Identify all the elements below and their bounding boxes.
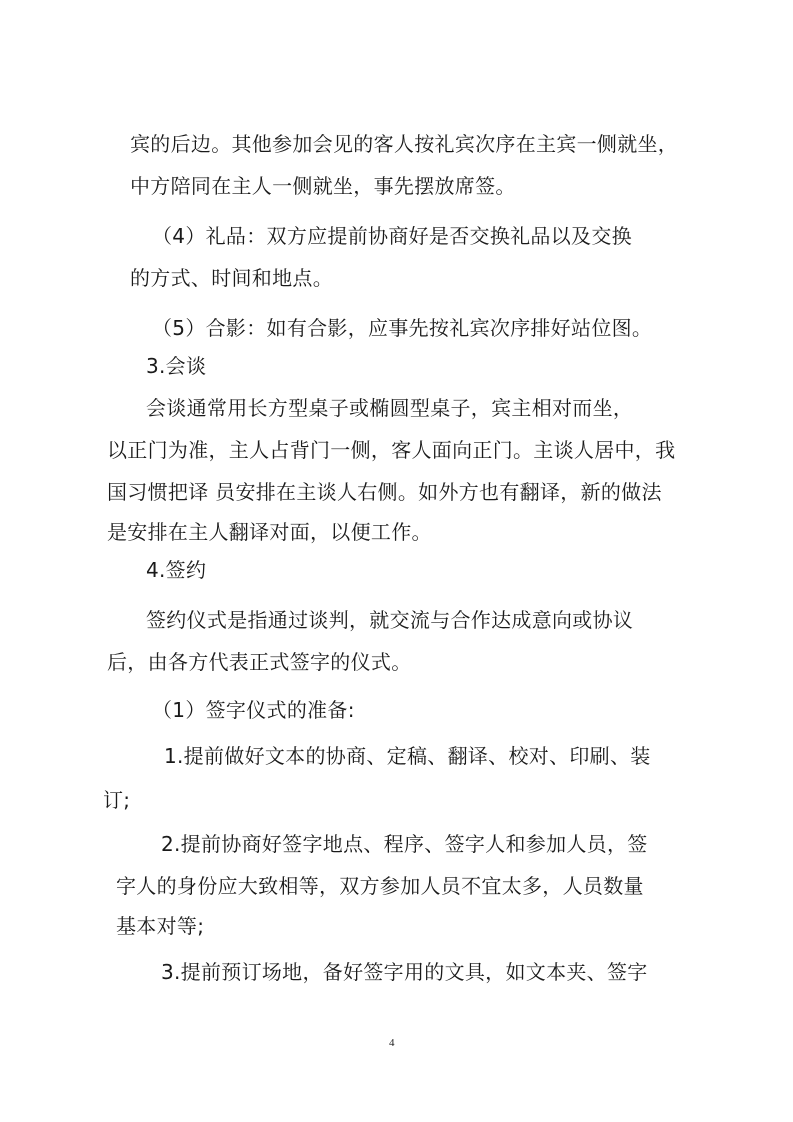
text-line: 订; — [103, 787, 130, 813]
text-line: 基本对等; — [116, 913, 204, 939]
text-line: 以正门为准，主人占背门一侧，客人面向正门。主谈人居中，我 — [107, 437, 675, 463]
section-heading: 3.会谈 — [146, 353, 206, 379]
text-line: 的方式、时间和地点。 — [130, 265, 333, 291]
text-line: 宾的后边。其他参加会见的客人按礼宾次序在主宾一侧就坐， — [130, 131, 678, 157]
text-line: 会谈通常用长方型桌子或椭圆型桌子，宾主相对而坐， — [146, 395, 633, 421]
text-line: （4）礼品：双方应提前协商好是否交换礼品以及交换 — [152, 223, 632, 249]
text-line: 签约仪式是指通过谈判，就交流与合作达成意向或协议 — [146, 607, 633, 633]
text-line: （5）合影：如有合影，应事先按礼宾次序排好站位图。 — [152, 315, 652, 341]
page-number: 4 — [389, 1037, 395, 1049]
section-heading: 4.签约 — [146, 557, 206, 583]
text-line: 国习惯把译 员安排在主谈人右侧。如外方也有翻译，新的做法 — [107, 479, 662, 505]
list-item: 1.提前做好文本的协商、定稿、翻译、校对、印刷、装 — [164, 743, 651, 769]
document-page: 宾的后边。其他参加会见的客人按礼宾次序在主宾一侧就坐， 中方陪同在主人一侧就坐，… — [0, 0, 793, 1122]
text-line: 中方陪同在主人一侧就坐，事先摆放席签。 — [130, 173, 516, 199]
text-line: 后，由各方代表正式签字的仪式。 — [107, 649, 412, 675]
text-line: 字人的身份应大致相等，双方参加人员不宜太多，人员数量 — [116, 873, 644, 899]
text-line: 是安排在主人翻译对面，以便工作。 — [107, 519, 432, 545]
subsection-heading: （1）签字仪式的准备: — [152, 697, 355, 723]
list-item: 2.提前协商好签字地点、程序、签字人和参加人员，签 — [161, 831, 648, 857]
list-item: 3.提前预订场地，备好签字用的文具，如文本夹、签字 — [161, 959, 648, 985]
